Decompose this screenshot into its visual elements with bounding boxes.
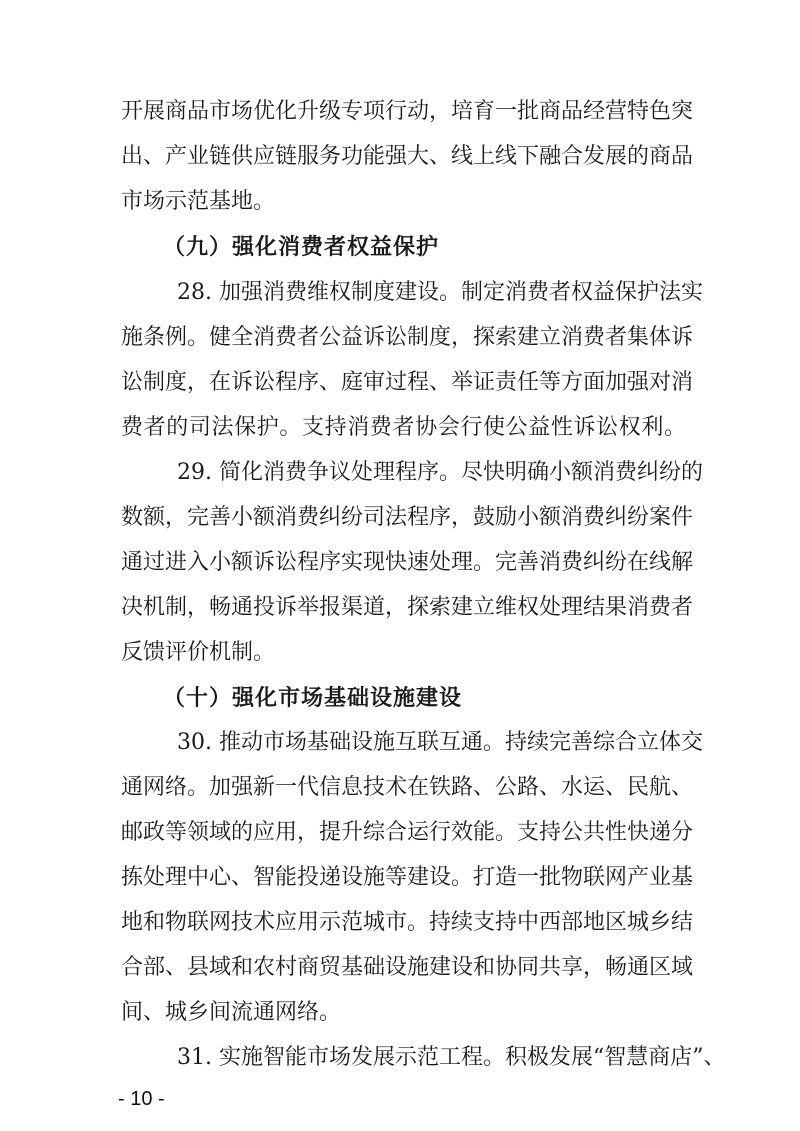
- paragraph-line: 反馈评价机制。: [121, 639, 686, 667]
- paragraph-line: 市场示范基地。: [121, 188, 686, 216]
- paragraph-first-line: 29. 简化消费争议处理程序。尽快明确小额消费纠纷的: [177, 459, 686, 487]
- paragraph-line: 地和物联网技术应用示范城市。持续支持中西部地区城乡结: [121, 909, 686, 937]
- paragraph-line: 通过进入小额诉讼程序实现快速处理。完善消费纠纷在线解: [121, 549, 686, 577]
- paragraph-line: 讼制度，在诉讼程序、庭审过程、举证责任等方面加强对消: [121, 369, 686, 397]
- paragraph-line: 施条例。健全消费者公益诉讼制度，探索建立消费者集体诉: [121, 324, 686, 352]
- paragraph-first-line: 31. 实施智能市场发展示范工程。积极发展“智慧商店”、: [177, 1044, 686, 1072]
- paragraph-line: 邮政等领域的应用，提升综合运行效能。支持公共性快递分: [121, 819, 686, 847]
- paragraph-line: 数额，完善小额消费纠纷司法程序，鼓励小额消费纠纷案件: [121, 504, 686, 532]
- paragraph-first-line: 30. 推动市场基础设施互联互通。持续完善综合立体交: [177, 729, 686, 757]
- page-number: - 10 -: [118, 1088, 165, 1111]
- paragraph-line: 开展商品市场优化升级专项行动，培育一批商品经营特色突: [121, 98, 686, 126]
- section-heading: （九）强化消费者权益保护: [163, 233, 439, 261]
- paragraph-line: 拣处理中心、智能投递设施等建设。打造一批物联网产业基: [121, 864, 686, 892]
- paragraph-line: 决机制，畅通投诉举报渠道，探索建立维权处理结果消费者: [121, 594, 686, 622]
- paragraph-line: 间、城乡间流通网络。: [121, 999, 686, 1027]
- paragraph-line: 合部、县域和农村商贸基础设施建设和协同共享，畅通区域: [121, 954, 686, 982]
- paragraph-line: 通网络。加强新一代信息技术在铁路、公路、水运、民航、: [121, 774, 686, 802]
- section-heading: （十）强化市场基础设施建设: [163, 684, 462, 712]
- paragraph-line: 出、产业链供应链服务功能强大、线上线下融合发展的商品: [121, 143, 686, 171]
- paragraph-line: 费者的司法保护。支持消费者协会行使公益性诉讼权利。: [121, 414, 686, 442]
- paragraph-first-line: 28. 加强消费维权制度建设。制定消费者权益保护法实: [177, 279, 686, 307]
